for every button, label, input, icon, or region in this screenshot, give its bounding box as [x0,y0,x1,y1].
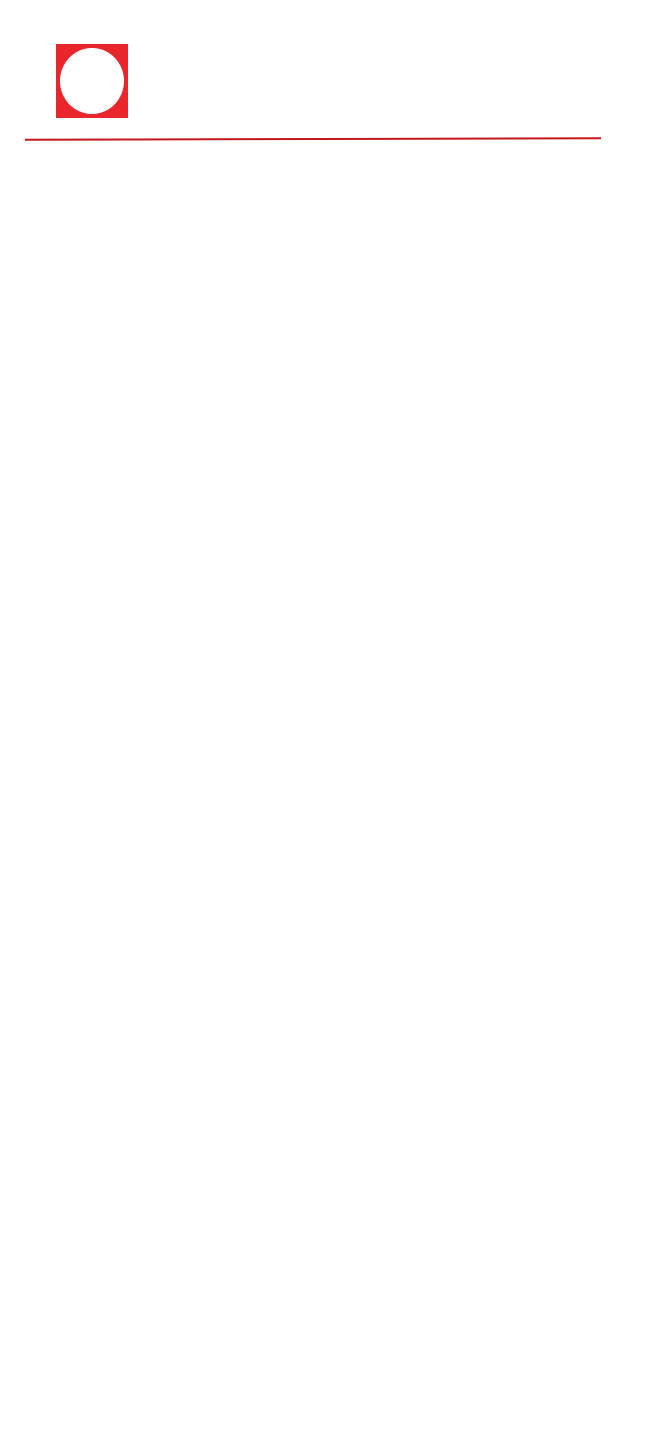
logo-circle [60,48,124,114]
ccma-logo [56,44,128,118]
header-divider [25,137,601,141]
letterhead [0,0,651,150]
